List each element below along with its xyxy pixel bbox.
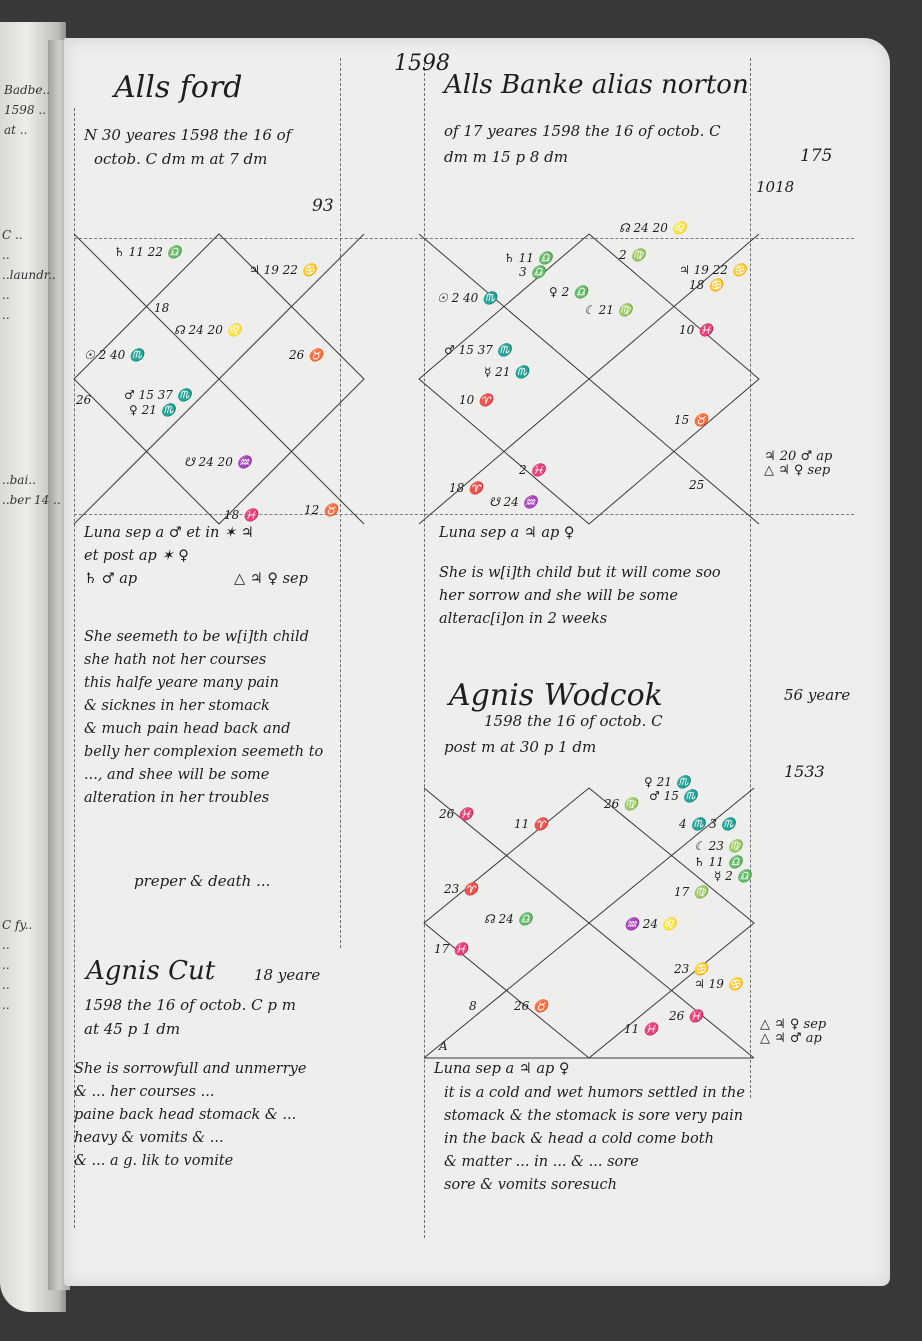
note-ford: preper & death ... <box>134 874 270 890</box>
svg-text:26 ♓: 26 ♓ <box>668 1009 705 1023</box>
diagnosis-text-wodcok: it is a cold and wet humors settled in t… <box>444 1082 874 1197</box>
svg-text:2 ♍: 2 ♍ <box>618 248 647 262</box>
svg-text:☊ 24 20 ♌: ☊ 24 20 ♌ <box>174 323 244 337</box>
svg-text:♂ 15 ♏: ♂ 15 ♏ <box>649 789 700 803</box>
svg-text:17 ♍: 17 ♍ <box>674 885 710 899</box>
svg-text:10 ♈: 10 ♈ <box>459 393 495 407</box>
svg-text:25: 25 <box>688 478 704 492</box>
svg-text:♂ 15 37 ♏: ♂ 15 37 ♏ <box>444 343 514 357</box>
svg-text:☋ 24 20 ♒: ☋ 24 20 ♒ <box>184 455 254 469</box>
entry-header-ford-2: octob. C dm m at 7 dm <box>94 152 267 168</box>
aspects-banke: ♃ 20 ♂ ap △ ♃ ♀ sep <box>764 450 832 477</box>
svg-text:♀ 2 ♎: ♀ 2 ♎ <box>549 285 590 299</box>
aspects-wodcok: △ ♃ ♀ sep △ ♃ ♂ ap <box>760 1018 826 1045</box>
folio-number-ford: 93 <box>312 198 334 216</box>
svg-text:♄ 11 ♎: ♄ 11 ♎ <box>694 855 745 869</box>
svg-text:18 ♈: 18 ♈ <box>449 481 485 495</box>
entry-header-wodcok-1: 1598 the 16 of octob. C <box>484 714 663 730</box>
entry-header-cut-2: at 45 p 1 dm <box>84 1022 180 1038</box>
entry-header-banke-2: dm m 15 p 8 dm <box>444 150 568 166</box>
entry-name-wodcok: Agnis Wodcok <box>449 680 663 712</box>
svg-text:A: A <box>438 1039 448 1053</box>
svg-text:☾ 21 ♍: ☾ 21 ♍ <box>584 303 635 317</box>
svg-text:☿ 21 ♏: ☿ 21 ♏ <box>484 365 531 379</box>
svg-text:☋ 24 ♒: ☋ 24 ♒ <box>489 495 540 509</box>
svg-text:♃ 19 22 ♋: ♃ 19 22 ♋ <box>679 263 749 277</box>
judgement-ford: Luna sep a ♂ et in ✶ ♃ et post ap ✶ ♀ ♄ … <box>84 522 344 591</box>
entry-header-wodcok-2: post m at 30 p 1 dm <box>444 740 596 756</box>
svg-text:☉ 2 40 ♏: ☉ 2 40 ♏ <box>437 291 499 305</box>
svg-text:♄ 11 22 ♎: ♄ 11 22 ♎ <box>114 245 184 259</box>
svg-text:18: 18 <box>154 301 170 315</box>
left-margin-fragment-3: ..bai.. ..ber 14 .. <box>2 470 62 510</box>
svg-text:♄ 11 ♎: ♄ 11 ♎ <box>504 251 555 265</box>
svg-text:26 ♉: 26 ♉ <box>513 999 550 1013</box>
svg-text:☉ 2 40 ♏: ☉ 2 40 ♏ <box>84 348 146 362</box>
svg-text:☾ 23 ♍: ☾ 23 ♍ <box>694 839 745 853</box>
svg-text:23 ♋: 23 ♋ <box>673 962 710 976</box>
page-year: 1598 <box>394 52 450 75</box>
svg-text:23 ♈: 23 ♈ <box>443 882 480 896</box>
folio-number-wodcok: 1533 <box>784 764 825 781</box>
svg-text:26 ♓: 26 ♓ <box>438 807 475 821</box>
left-margin-fragment-2: C .. .. ..laundr.. .. .. <box>2 225 52 325</box>
svg-text:18 ♓: 18 ♓ <box>224 508 260 522</box>
svg-text:18 ♋: 18 ♋ <box>689 278 725 292</box>
svg-text:15 ♉: 15 ♉ <box>674 413 710 427</box>
svg-text:♀ 21 ♏: ♀ 21 ♏ <box>129 403 178 417</box>
manuscript-page: 1598 Alls ford N 30 yeares 1598 the 16 o… <box>64 38 890 1286</box>
svg-text:☊ 24 ♎: ☊ 24 ♎ <box>484 912 535 926</box>
svg-text:☿ 2 ♎: ☿ 2 ♎ <box>714 869 754 883</box>
diagnosis-text-ford: She seemeth to be w[i]th child she hath … <box>84 626 374 810</box>
svg-text:26: 26 <box>75 393 92 407</box>
entry-name-ford: Alls ford <box>114 72 243 104</box>
svg-text:♀ 21 ♏: ♀ 21 ♏ <box>644 775 693 789</box>
horoscope-chart-ford: ♄ 11 22 ♎ ☉ 2 40 ♏ ♂ 15 37 ♏ ♀ 21 ♏ ☊ 24… <box>74 234 364 524</box>
judgement-banke: Luna sep a ♃ ap ♀ <box>439 522 574 545</box>
svg-text:♃ 19 22 ♋: ♃ 19 22 ♋ <box>249 263 319 277</box>
svg-text:☊ 24 20 ♌: ☊ 24 20 ♌ <box>619 221 689 235</box>
svg-text:8: 8 <box>469 999 477 1013</box>
svg-text:3 ♎: 3 ♎ <box>519 265 547 279</box>
entry-header-cut-1: 1598 the 16 of octob. C p m <box>84 998 296 1014</box>
diagnosis-text-cut: She is sorrowfull and unmerrye & ... her… <box>74 1058 374 1173</box>
entry-name-banke: Alls Banke alias norton <box>444 72 749 99</box>
entry-age-cut: 18 yeare <box>254 968 320 984</box>
folio-number-banke-1: 175 <box>800 148 832 166</box>
judgement-wodcok: Luna sep a ♃ ap ♀ <box>434 1058 569 1081</box>
horoscope-chart-banke: ☊ 24 20 ♌ ♄ 11 ♎ 3 ♎ ☉ 2 40 ♏ ♀ 2 ♎ ☾ 21… <box>419 234 759 524</box>
left-margin-fragment-1: Badbe.. 1598 .. at .. <box>4 80 54 140</box>
svg-text:12 ♉: 12 ♉ <box>304 503 340 517</box>
svg-text:2 ♓: 2 ♓ <box>518 463 547 477</box>
entry-age-wodcok: 56 yeare <box>784 688 850 704</box>
svg-text:26 ♉: 26 ♉ <box>288 348 325 362</box>
svg-text:11 ♈: 11 ♈ <box>514 817 550 831</box>
svg-text:10 ♓: 10 ♓ <box>679 323 715 337</box>
svg-text:♃ 19 ♋: ♃ 19 ♋ <box>694 977 745 991</box>
entry-name-cut: Agnis Cut <box>86 958 215 985</box>
horoscope-chart-wodcok: ♀ 21 ♏ ♂ 15 ♏ 26 ♍ 4 ♏ 3 ♏ ☾ 23 ♍ ♄ 11 ♎… <box>424 788 754 1058</box>
entry-header-banke-1: of 17 yeares 1598 the 16 of octob. C <box>444 124 721 140</box>
svg-text:11 ♓: 11 ♓ <box>624 1022 660 1036</box>
svg-text:4 ♏ 3 ♏: 4 ♏ 3 ♏ <box>678 817 738 831</box>
entry-header-ford-1: N 30 yeares 1598 the 16 of <box>84 128 291 144</box>
svg-text:17 ♓: 17 ♓ <box>434 942 470 956</box>
folio-number-banke-2: 1018 <box>756 180 794 196</box>
diagnosis-text-banke: She is w[i]th child but it will come soo… <box>439 562 879 631</box>
svg-text:♒ 24 ♌: ♒ 24 ♌ <box>624 917 679 931</box>
left-margin-fragment-4: C fy.. .. .. .. .. <box>2 915 57 1015</box>
svg-text:26 ♍: 26 ♍ <box>603 797 640 811</box>
svg-text:♂ 15 37 ♏: ♂ 15 37 ♏ <box>124 388 194 402</box>
